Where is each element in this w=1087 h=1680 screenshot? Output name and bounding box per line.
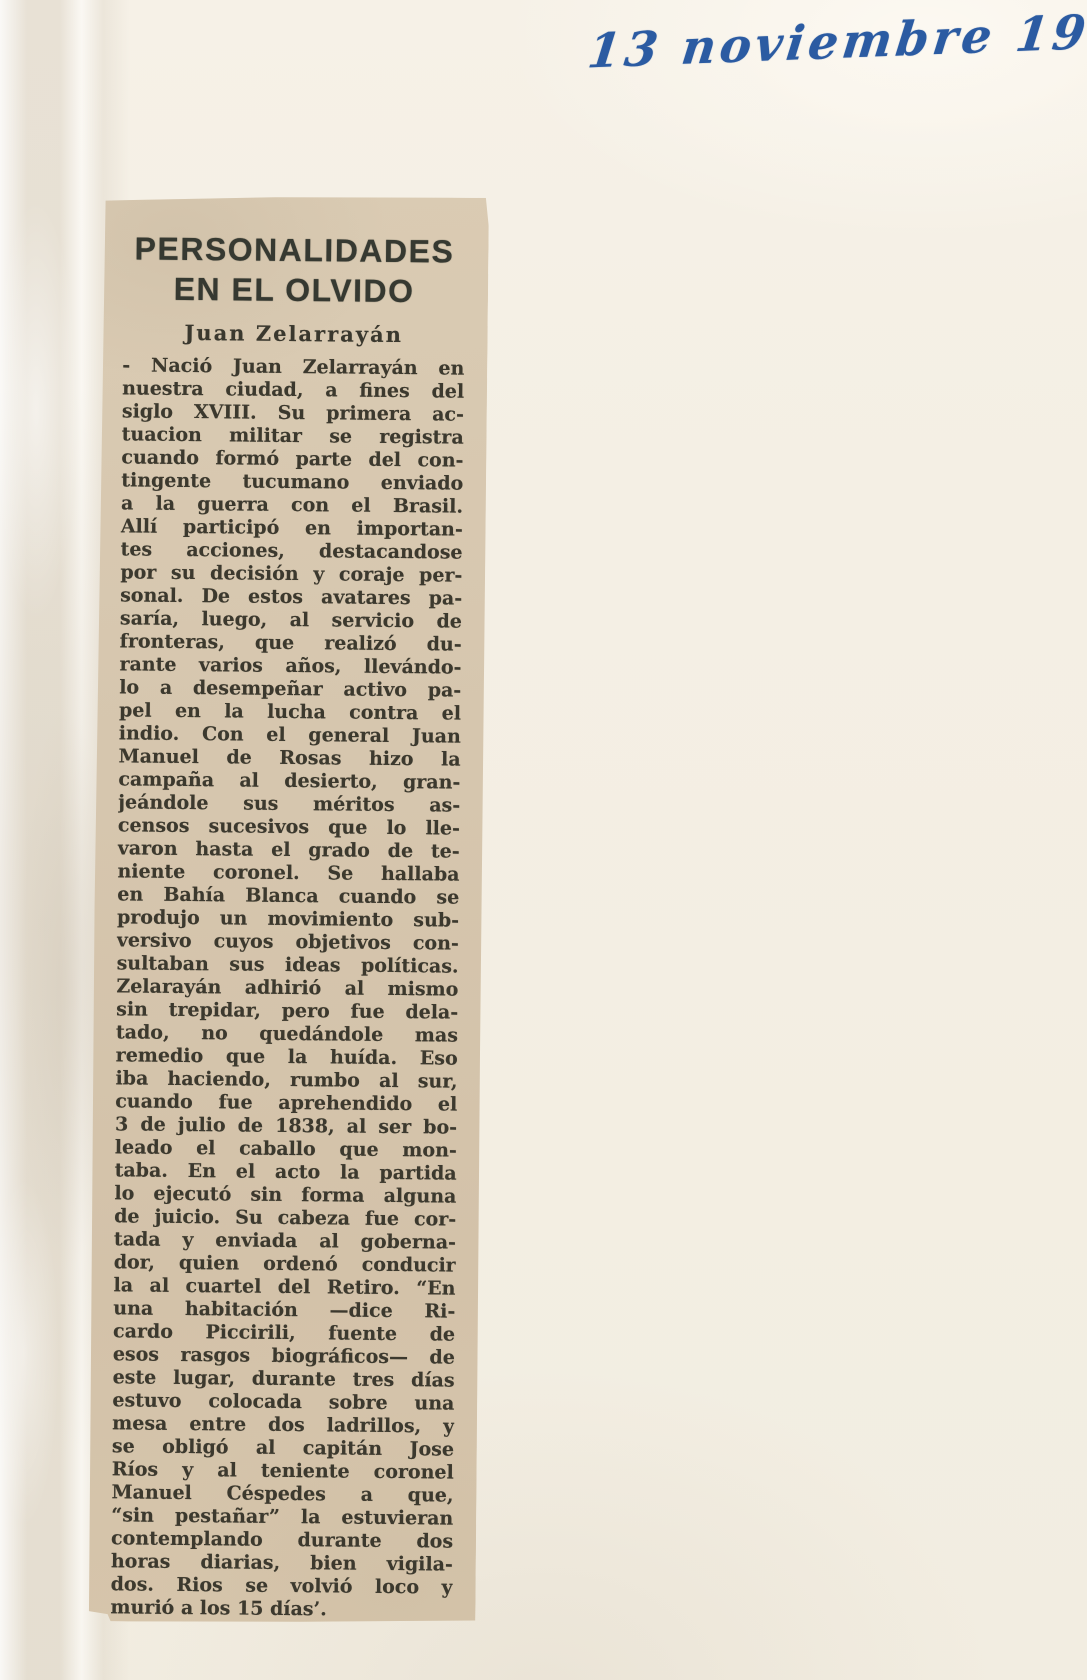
article-line: cuando fue aprehendido el <box>115 1090 457 1116</box>
article-line: campaña al desierto, gran- <box>118 768 460 794</box>
article-line: tuacion militar se registra <box>122 423 464 449</box>
article-line: fronteras, que realizó du- <box>120 630 462 656</box>
article-line: en Bahía Blanca cuando se <box>117 883 459 909</box>
article-line: 3 de julio de 1838, al ser bo- <box>115 1113 457 1139</box>
article-line: jeándole sus méritos as- <box>118 791 460 817</box>
article-line: se obligó al capitán Jose <box>112 1435 454 1461</box>
article-line: mesa entre dos ladrillos, y <box>112 1412 454 1438</box>
article-line: Zelarayán adhirió al mismo <box>116 975 458 1001</box>
article-line: taba. En el acto la partida <box>115 1159 457 1185</box>
article-line: leado el caballo que mon- <box>115 1136 457 1162</box>
headline-line-2: EN EL OLVIDO <box>110 268 478 312</box>
article-line: sonal. De estos avatares pa- <box>120 584 462 610</box>
article-line: lo a desempeñar activo pa- <box>119 676 461 702</box>
article-line: la al cuartel del Retiro. “En <box>113 1274 455 1300</box>
article-line: cuando formó parte del con- <box>121 446 463 472</box>
article-line: produjo un movimiento sub- <box>117 906 459 932</box>
newspaper-clipping: PERSONALIDADES EN EL OLVIDO Juan Zelarra… <box>87 194 489 1625</box>
clipping-headline: PERSONALIDADES EN EL OLVIDO <box>110 228 479 312</box>
clipping-byline: Juan Zelarrayán <box>100 319 488 348</box>
article-line: tado, no quedándole mas <box>116 1021 458 1047</box>
article-line: dos. Rios se volvió loco y <box>111 1573 453 1599</box>
article-line: Allí participó en importan- <box>121 515 463 541</box>
article-line: sin trepidar, pero fue dela- <box>116 998 458 1024</box>
article-line: tingente tucumano enviado <box>121 469 463 495</box>
article-line: a la guerra con el Brasil. <box>121 492 463 518</box>
article-line: tada y enviada al goberna- <box>114 1228 456 1254</box>
article-line: contemplando durante dos <box>111 1527 453 1553</box>
article-line: pel en la lucha contra el <box>119 699 461 725</box>
article-line: indio. Con el general Juan <box>119 722 461 748</box>
article-line: horas diarias, bien vigila- <box>111 1550 453 1576</box>
article-line: saría, luego, al servicio de <box>120 607 462 633</box>
article-line: por su decisión y coraje per- <box>120 561 462 587</box>
article-line: “sin pestañar” la estuvieran <box>111 1504 453 1530</box>
article-line: Manuel Céspedes a que, <box>111 1481 453 1507</box>
article-line: dor, quien ordenó conducir <box>114 1251 456 1277</box>
article-line: Ríos y al teniente coronel <box>112 1458 454 1484</box>
article-line: - Nació Juan Zelarrayán en <box>122 354 464 380</box>
article-line: varon hasta el grado de te- <box>118 837 460 863</box>
article-line: estuvo colocada sobre una <box>112 1389 454 1415</box>
article-line: esos rasgos biográficos— de <box>113 1343 455 1369</box>
article-line: tes acciones, destacandose <box>120 538 462 564</box>
article-line: sultaban sus ideas políticas. <box>117 952 459 978</box>
article-line: nuestra ciudad, a fines del <box>122 377 464 403</box>
article-line: remedio que la huída. Eso <box>116 1044 458 1070</box>
article-line: iba haciendo, rumbo al sur, <box>115 1067 457 1093</box>
article-body: - Nació Juan Zelarrayán ennuestra ciudad… <box>110 354 464 1622</box>
article-line: murió a los 15 días’. <box>110 1596 452 1622</box>
headline-line-1: PERSONALIDADES <box>110 228 478 272</box>
article-line: siglo XVIII. Su primera ac- <box>122 400 464 426</box>
article-line: este lugar, durante tres días <box>113 1366 455 1392</box>
article-line: cardo Piccirili, fuente de <box>113 1320 455 1346</box>
article-line: rante varios años, llevándo- <box>119 653 461 679</box>
article-line: lo ejecutó sin forma alguna <box>114 1182 456 1208</box>
article-line: Manuel de Rosas hizo la <box>118 745 460 771</box>
article-line: versivo cuyos objetivos con- <box>117 929 459 955</box>
article-line: una habitación —dice Ri- <box>113 1297 455 1323</box>
article-line: niente coronel. Se hallaba <box>117 860 459 886</box>
article-line: censos sucesivos que lo lle- <box>118 814 460 840</box>
article-line: de juicio. Su cabeza fue cor- <box>114 1205 456 1231</box>
